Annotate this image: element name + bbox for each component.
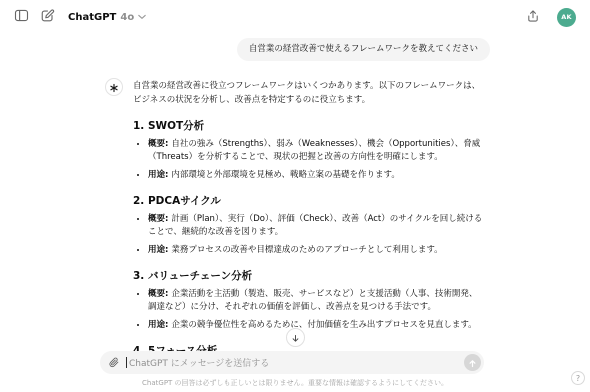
- bullet-label: 概要:: [148, 214, 171, 224]
- chevron-down-icon: [138, 12, 146, 23]
- top-bar: ChatGPT 4o AK: [0, 0, 590, 34]
- attach-button[interactable]: [109, 353, 119, 372]
- bullet-item: 概要: 自社の強み（Strengths）、弱み（Weaknesses）、機会（O…: [148, 137, 485, 164]
- user-message-bubble: 自営業の経営改善で使えるフレームワークを教えてください: [237, 38, 490, 61]
- sidebar-panel-icon: [14, 8, 29, 27]
- bullet-item: 概要: 企業活動を主活動（製造、販売、サービスなど）と支援活動（人事、技術開発、…: [148, 287, 485, 314]
- conversation: 自営業の経営改善で使えるフレームワークを教えてください 自営業の経営改善に役立つ…: [100, 38, 490, 361]
- section-heading: 3. バリューチェーン分析: [133, 269, 485, 283]
- disclaimer-text: ChatGPT の回答は必ずしも正しいとは限りません。重要な情報は確認するように…: [142, 378, 448, 388]
- composer: ChatGPT にメッセージを送信する: [100, 351, 484, 374]
- bullet-item: 用途: 企業の競争優位性を高めるために、付加価値を生み出すプロセスを見直します。: [148, 318, 485, 332]
- assistant-intro: 自営業の経営改善に役立つフレームワークはいくつかあります。以下のフレームワークは…: [133, 79, 485, 107]
- arrow-down-icon: [291, 328, 300, 347]
- share-button[interactable]: [522, 6, 544, 28]
- bullet-label: 用途:: [148, 170, 171, 180]
- bullet-text: 業務プロセスの改善や目標達成のためのアプローチとして利用します。: [171, 245, 442, 255]
- bullet-text: 企業活動を主活動（製造、販売、サービスなど）と支援活動（人事、技術開発、調達など…: [148, 289, 477, 312]
- user-message-row: 自営業の経営改善で使えるフレームワークを教えてください: [100, 38, 490, 61]
- bullet-label: 概要:: [148, 289, 171, 299]
- section-heading: 1. SWOT分析: [133, 119, 485, 133]
- message-input[interactable]: ChatGPT にメッセージを送信する: [119, 351, 464, 374]
- assistant-sections: 1. SWOT分析概要: 自社の強み（Strengths）、弱み（Weaknes…: [133, 119, 485, 358]
- bullet-text: 計画（Plan）、実行（Do）、評価（Check）、改善（Act）のサイクルを回…: [148, 214, 482, 237]
- bullet-item: 用途: 業務プロセスの改善や目標達成のためのアプローチとして利用します。: [148, 243, 485, 257]
- bullet-label: 用途:: [148, 245, 171, 255]
- model-version: 4o: [120, 12, 134, 23]
- paperclip-icon: [109, 353, 119, 372]
- scroll-to-bottom-button[interactable]: [286, 328, 305, 347]
- user-avatar[interactable]: AK: [557, 8, 576, 27]
- bullet-item: 用途: 内部環境と外部環境を見極め、戦略立案の基礎を作ります。: [148, 168, 485, 182]
- bullet-list: 概要: 計画（Plan）、実行（Do）、評価（Check）、改善（Act）のサイ…: [133, 212, 485, 257]
- openai-logo-icon: [109, 78, 119, 97]
- bullet-label: 概要:: [148, 139, 171, 149]
- assistant-message-row: 自営業の経営改善に役立つフレームワークはいくつかあります。以下のフレームワークは…: [100, 78, 490, 361]
- bullet-text: 企業の競争優位性を高めるために、付加価値を生み出すプロセスを見直します。: [171, 320, 476, 330]
- bullet-list: 概要: 自社の強み（Strengths）、弱み（Weaknesses）、機会（O…: [133, 137, 485, 182]
- assistant-avatar: [105, 78, 123, 96]
- bullet-list: 概要: 企業活動を主活動（製造、販売、サービスなど）と支援活動（人事、技術開発、…: [133, 287, 485, 332]
- new-chat-button[interactable]: [36, 6, 58, 28]
- model-name: ChatGPT: [68, 12, 116, 23]
- help-button[interactable]: ?: [571, 371, 585, 385]
- new-chat-pencil-icon: [40, 8, 55, 27]
- bullet-label: 用途:: [148, 320, 171, 330]
- question-mark-icon: ?: [576, 374, 580, 383]
- input-placeholder: ChatGPT にメッセージを送信する: [129, 356, 269, 369]
- footer: ChatGPT の回答は必ずしも正しいとは限りません。重要な情報は確認するように…: [0, 374, 590, 392]
- share-icon: [526, 8, 540, 27]
- section-heading: 2. PDCAサイクル: [133, 194, 485, 208]
- text-caret: [126, 357, 127, 368]
- bullet-item: 概要: 計画（Plan）、実行（Do）、評価（Check）、改善（Act）のサイ…: [148, 212, 485, 239]
- bullet-text: 自社の強み（Strengths）、弱み（Weaknesses）、機会（Oppor…: [148, 139, 480, 162]
- arrow-up-icon: [468, 353, 477, 372]
- sidebar-toggle-button[interactable]: [10, 6, 32, 28]
- assistant-message: 自営業の経営改善に役立つフレームワークはいくつかあります。以下のフレームワークは…: [133, 78, 485, 361]
- model-selector[interactable]: ChatGPT 4o: [68, 12, 146, 23]
- send-button[interactable]: [464, 354, 481, 371]
- bullet-text: 内部環境と外部環境を見極め、戦略立案の基礎を作ります。: [171, 170, 399, 180]
